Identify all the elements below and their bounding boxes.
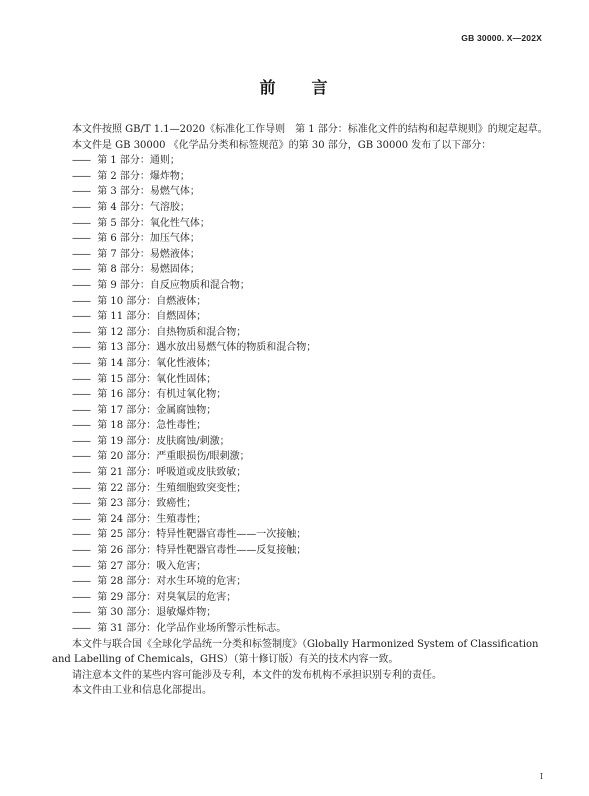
part-name: 化学品作业场所警示性标志。 [156, 623, 286, 634]
list-dash: —— [72, 449, 94, 465]
list-dash: —— [72, 590, 94, 606]
part-label: 第 13 部分： [97, 342, 156, 353]
part-name: 气溶胶； [150, 202, 190, 213]
list-dash: —— [72, 403, 94, 419]
part-label: 第 23 部分： [97, 498, 156, 509]
part-label: 第 15 部分： [97, 374, 156, 385]
list-dash: —— [72, 231, 94, 247]
part-list-item: —— 第 27 部分：吸入危害； [52, 559, 552, 575]
part-name: 吸入危害； [156, 561, 206, 572]
title-char-2: 言 [312, 78, 330, 97]
part-name: 特异性靶器官毒性——一次接触； [156, 529, 306, 540]
page-title: 前言 [0, 75, 589, 98]
part-name: 自反应物质和混合物； [150, 280, 250, 291]
part-label: 第 22 部分： [97, 483, 156, 494]
list-dash: —— [72, 184, 94, 200]
part-list-item: —— 第 1 部分：通则； [52, 153, 552, 169]
part-name: 自热物质和混合物； [156, 327, 246, 338]
part-name: 自燃固体； [156, 311, 206, 322]
part-label: 第 4 部分： [97, 202, 150, 213]
part-list-item: —— 第 17 部分：金属腐蚀物； [52, 403, 552, 419]
part-label: 第 3 部分： [97, 186, 150, 197]
part-name: 特异性靶器官毒性——反复接触； [156, 545, 306, 556]
part-name: 通则； [150, 155, 180, 166]
document-body: 本文件按照 GB/T 1.1—2020《标准化工作导则 第 1 部分：标准化文件… [52, 122, 552, 699]
part-name: 生殖毒性； [156, 514, 206, 525]
part-label: 第 25 部分： [97, 529, 156, 540]
part-list-item: —— 第 6 部分：加压气体； [52, 231, 552, 247]
list-dash: —— [72, 465, 94, 481]
part-name: 易燃气体； [150, 186, 200, 197]
part-list-item: —— 第 16 部分：有机过氧化物； [52, 387, 552, 403]
part-label: 第 28 部分： [97, 576, 156, 587]
part-list-item: —— 第 31 部分：化学品作业场所警示性标志。 [52, 621, 552, 637]
part-name: 对水生环境的危害； [156, 576, 246, 587]
part-label: 第 20 部分： [97, 451, 156, 462]
part-name: 遇水放出易燃气体的物质和混合物； [156, 342, 316, 353]
list-dash: —— [72, 418, 94, 434]
part-label: 第 7 部分： [97, 249, 150, 260]
part-name: 致癌性； [156, 498, 196, 509]
part-name: 氧化性气体； [150, 218, 210, 229]
part-label: 第 11 部分： [97, 311, 156, 322]
list-dash: —— [72, 325, 94, 341]
list-dash: —— [72, 574, 94, 590]
part-list-item: —— 第 30 部分：退敏爆炸物； [52, 605, 552, 621]
intro-paragraph-series: 本文件是 GB 30000 《化学品分类和标签规范》的第 30 部分，GB 30… [52, 138, 552, 154]
part-label: 第 10 部分： [97, 296, 156, 307]
document-code: GB 30000. X—202X [461, 33, 542, 43]
list-dash: —— [72, 387, 94, 403]
part-list-item: —— 第 19 部分：皮肤腐蚀/刺激； [52, 434, 552, 450]
part-list-item: —— 第 7 部分：易燃液体； [52, 247, 552, 263]
list-dash: —— [72, 559, 94, 575]
part-label: 第 18 部分： [97, 420, 156, 431]
part-list-item: —— 第 2 部分：爆炸物； [52, 169, 552, 185]
part-list-item: —— 第 29 部分：对臭氧层的危害； [52, 590, 552, 606]
part-list-item: —— 第 26 部分：特异性靶器官毒性——反复接触； [52, 543, 552, 559]
patent-paragraph: 请注意本文件的某些内容可能涉及专利，本文件的发布机构不承担识别专利的责任。 [52, 668, 552, 684]
part-name: 有机过氧化物； [156, 389, 226, 400]
part-name: 自燃液体； [156, 296, 206, 307]
part-label: 第 30 部分： [97, 607, 156, 618]
part-label: 第 8 部分： [97, 264, 150, 275]
part-list-item: —— 第 24 部分：生殖毒性； [52, 512, 552, 528]
part-label: 第 1 部分： [97, 155, 150, 166]
list-dash: —— [72, 169, 94, 185]
list-dash: —— [72, 496, 94, 512]
list-dash: —— [72, 216, 94, 232]
part-list-item: —— 第 20 部分：严重眼损伤/眼刺激； [52, 449, 552, 465]
part-list-item: —— 第 21 部分：呼吸道或皮肤致敏； [52, 465, 552, 481]
list-dash: —— [72, 481, 94, 497]
part-label: 第 16 部分： [97, 389, 156, 400]
part-name: 呼吸道或皮肤致敏； [156, 467, 246, 478]
part-list-item: —— 第 18 部分：急性毒性； [52, 418, 552, 434]
part-label: 第 24 部分： [97, 514, 156, 525]
part-name: 皮肤腐蚀/刺激； [156, 436, 229, 447]
part-name: 加压气体； [150, 233, 200, 244]
part-name: 急性毒性； [156, 420, 206, 431]
part-list-item: —— 第 22 部分：生殖细胞致突变性； [52, 481, 552, 497]
part-label: 第 21 部分： [97, 467, 156, 478]
part-label: 第 17 部分： [97, 405, 156, 416]
part-name: 氧化性固体； [156, 374, 216, 385]
part-label: 第 6 部分： [97, 233, 150, 244]
part-name: 氧化性液体； [156, 358, 216, 369]
part-list-item: —— 第 28 部分：对水生环境的危害； [52, 574, 552, 590]
list-dash: —— [72, 372, 94, 388]
part-name: 对臭氧层的危害； [156, 592, 236, 603]
list-dash: —— [72, 200, 94, 216]
part-name: 易燃液体； [150, 249, 200, 260]
list-dash: —— [72, 153, 94, 169]
title-char-1: 前 [259, 78, 277, 97]
list-dash: —— [72, 309, 94, 325]
list-dash: —— [72, 278, 94, 294]
list-dash: —— [72, 340, 94, 356]
part-name: 爆炸物； [150, 171, 190, 182]
part-list-item: —— 第 10 部分：自燃液体； [52, 294, 552, 310]
part-list-item: —— 第 13 部分：遇水放出易燃气体的物质和混合物； [52, 340, 552, 356]
part-label: 第 31 部分： [97, 623, 156, 634]
list-dash: —— [72, 247, 94, 263]
ghs-paragraph: 本文件与联合国《全球化学品统一分类和标签制度》（Globally Harmoni… [52, 637, 552, 668]
part-list-item: —— 第 3 部分：易燃气体； [52, 184, 552, 200]
page-number: I [540, 772, 543, 781]
part-label: 第 29 部分： [97, 592, 156, 603]
part-name: 金属腐蚀物； [156, 405, 216, 416]
part-list-item: —— 第 12 部分：自热物质和混合物； [52, 325, 552, 341]
part-list-item: —— 第 9 部分：自反应物质和混合物； [52, 278, 552, 294]
part-name: 严重眼损伤/眼刺激； [156, 451, 249, 462]
list-dash: —— [72, 605, 94, 621]
part-list-item: —— 第 4 部分：气溶胶； [52, 200, 552, 216]
part-list-item: —— 第 25 部分：特异性靶器官毒性——一次接触； [52, 527, 552, 543]
list-dash: —— [72, 356, 94, 372]
list-dash: —— [72, 434, 94, 450]
part-label: 第 14 部分： [97, 358, 156, 369]
part-label: 第 5 部分： [97, 218, 150, 229]
list-dash: —— [72, 527, 94, 543]
proposer-paragraph: 本文件由工业和信息化部提出。 [52, 683, 552, 699]
part-list-item: —— 第 11 部分：自燃固体； [52, 309, 552, 325]
part-name: 易燃固体； [150, 264, 200, 275]
part-list-item: —— 第 14 部分：氧化性液体； [52, 356, 552, 372]
part-name: 退敏爆炸物； [156, 607, 216, 618]
part-label: 第 9 部分： [97, 280, 150, 291]
list-dash: —— [72, 512, 94, 528]
part-label: 第 12 部分： [97, 327, 156, 338]
list-dash: —— [72, 543, 94, 559]
part-label: 第 27 部分： [97, 561, 156, 572]
part-name: 生殖细胞致突变性； [156, 483, 246, 494]
part-list-item: —— 第 15 部分：氧化性固体； [52, 372, 552, 388]
part-list-item: —— 第 8 部分：易燃固体； [52, 262, 552, 278]
list-dash: —— [72, 621, 94, 637]
part-list-item: —— 第 23 部分：致癌性； [52, 496, 552, 512]
list-dash: —— [72, 294, 94, 310]
part-list-item: —— 第 5 部分：氧化性气体； [52, 216, 552, 232]
part-label: 第 19 部分： [97, 436, 156, 447]
list-dash: —— [72, 262, 94, 278]
parts-list: —— 第 1 部分：通则；—— 第 2 部分：爆炸物；—— 第 3 部分：易燃气… [52, 153, 552, 636]
part-label: 第 2 部分： [97, 171, 150, 182]
intro-paragraph-drafting-rules: 本文件按照 GB/T 1.1—2020《标准化工作导则 第 1 部分：标准化文件… [52, 122, 552, 138]
part-label: 第 26 部分： [97, 545, 156, 556]
